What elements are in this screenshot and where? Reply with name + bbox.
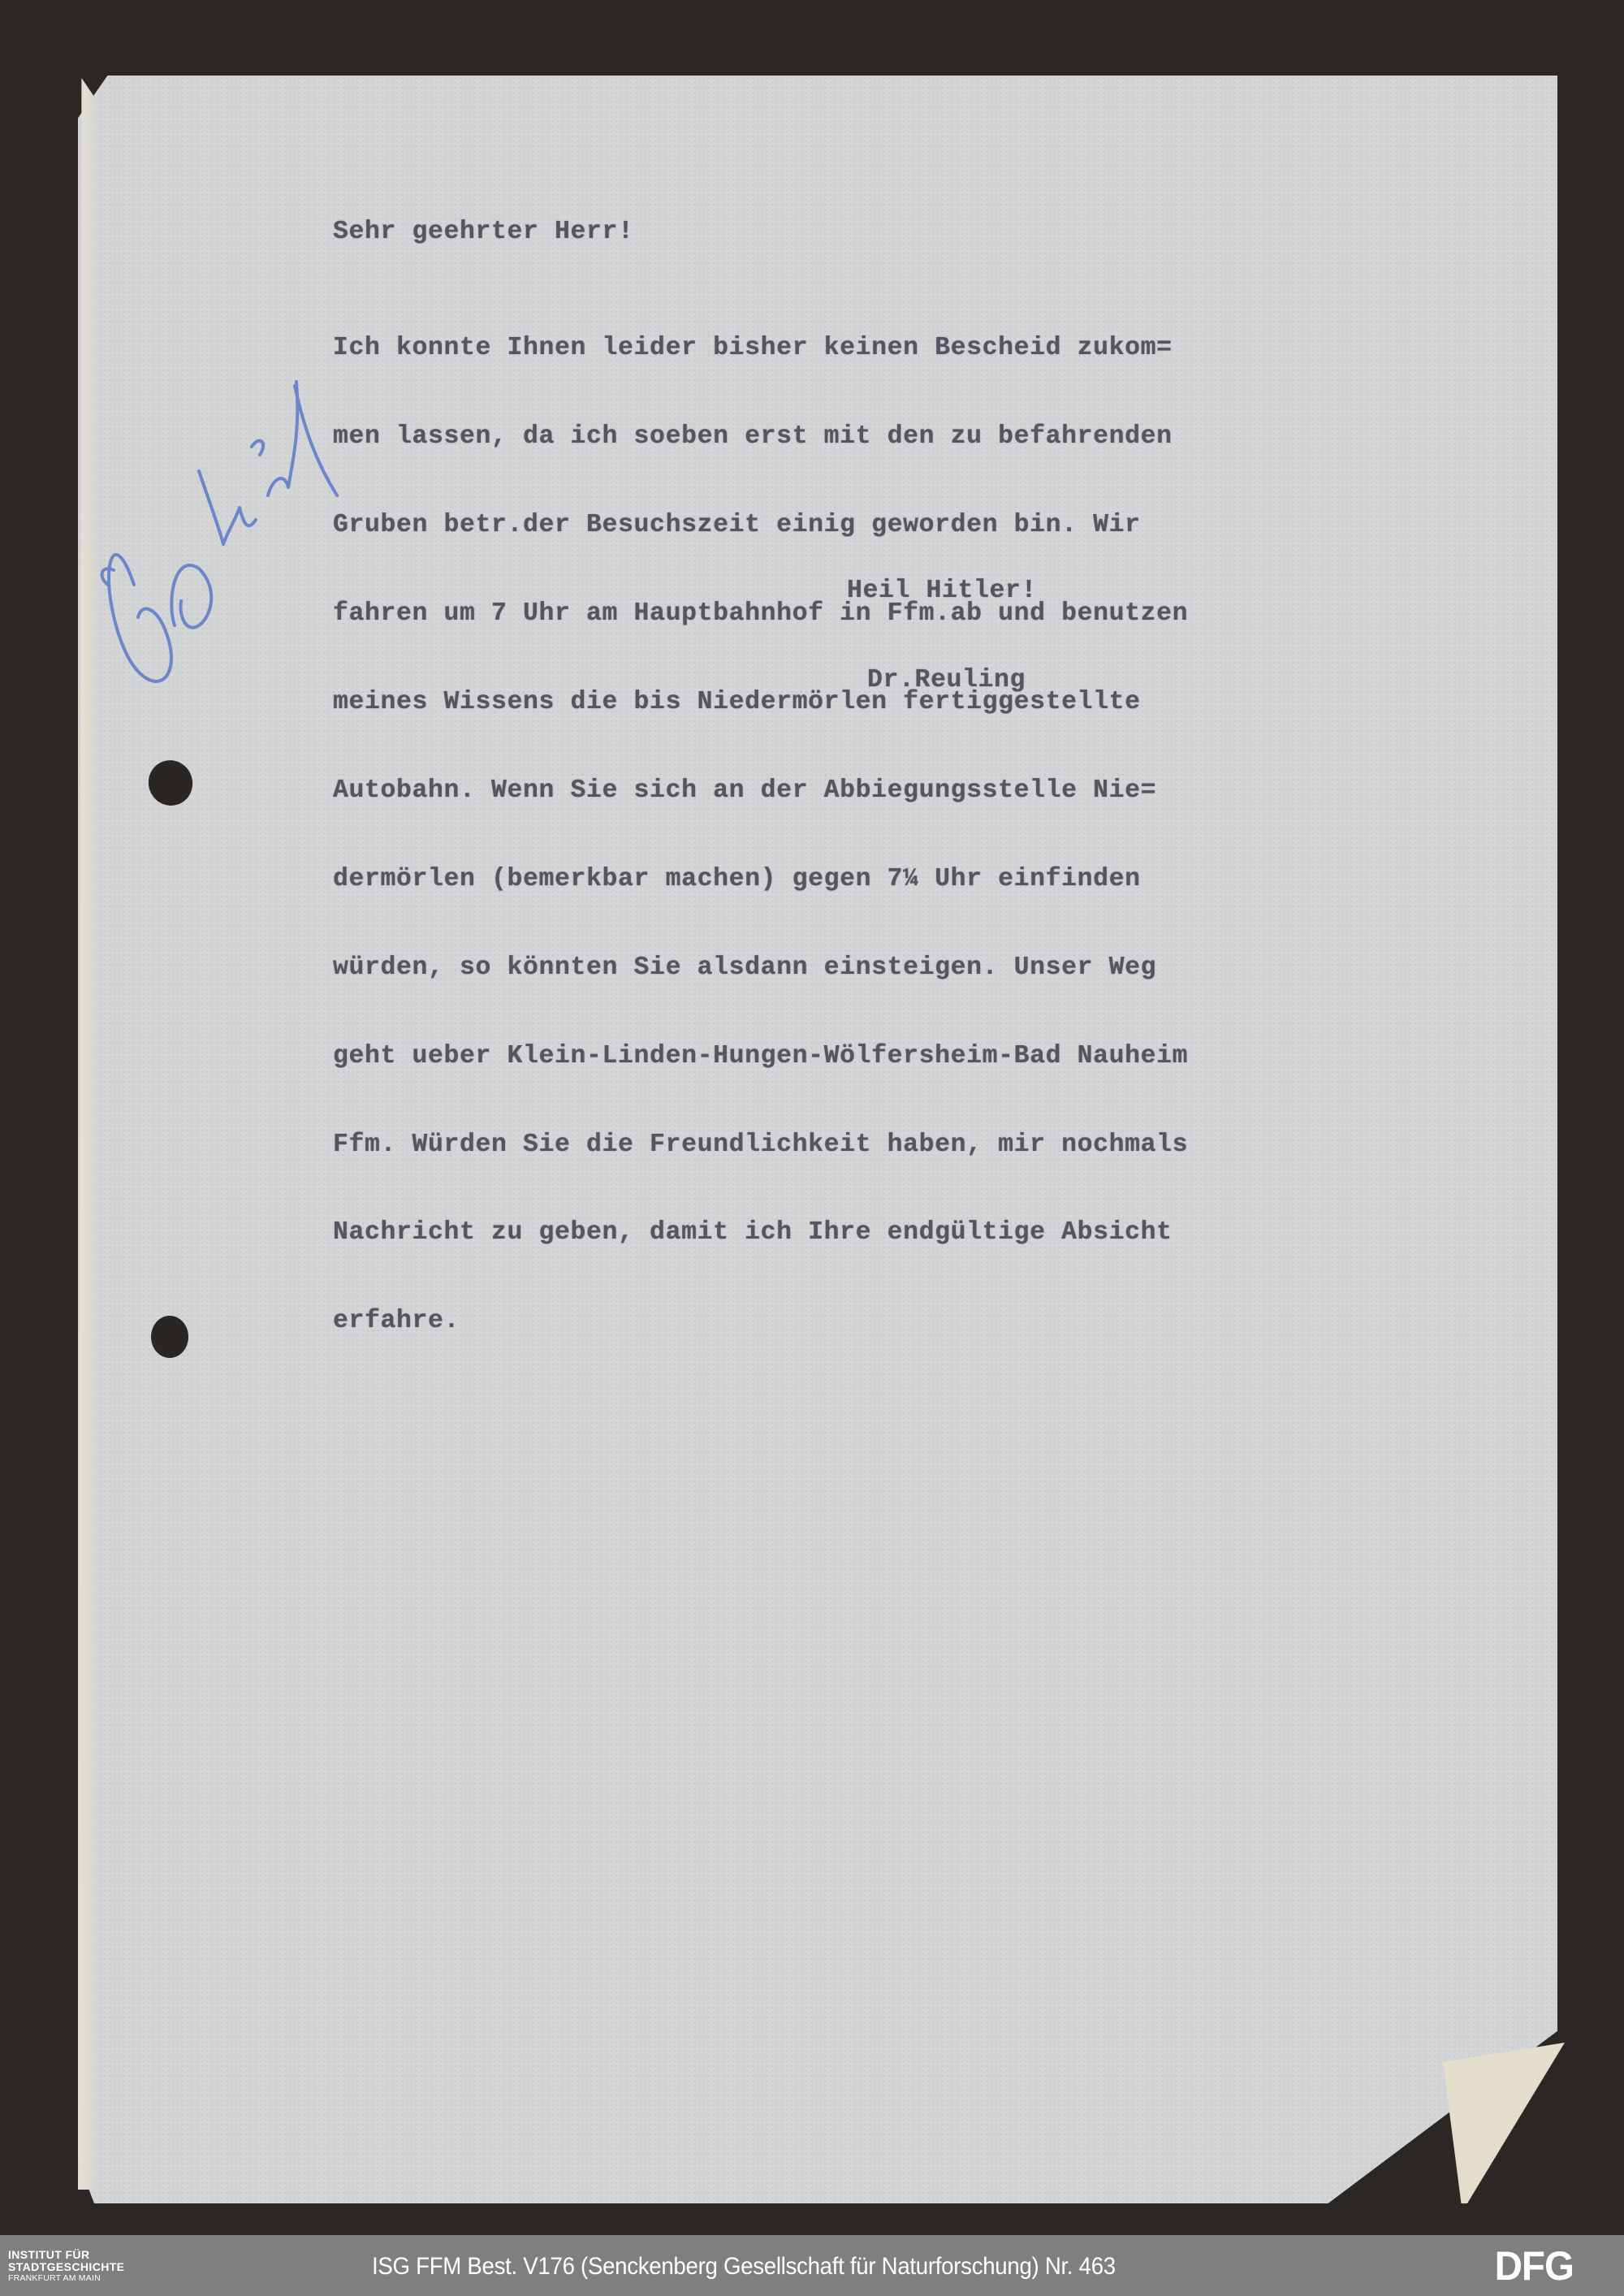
- institute-logo: INSTITUT FÜR STADTGESCHICHTE FRANKFURT A…: [8, 2249, 124, 2283]
- body-line: dermörlen (bemerkbar machen) gegen 7¼ Uh…: [333, 865, 1188, 894]
- body-line: Nachricht zu geben, damit ich Ihre endgü…: [333, 1218, 1188, 1247]
- handwritten-pencil-annotation-icon: [85, 357, 353, 698]
- body-line: geht ueber Klein-Linden-Hungen-Wölfershe…: [333, 1042, 1188, 1071]
- archive-caption: ISG FFM Best. V176 (Senckenberg Gesellsc…: [372, 2253, 1116, 2281]
- institute-name-line1: INSTITUT FÜR: [8, 2249, 124, 2260]
- body-line: men lassen, da ich soeben erst mit den z…: [333, 422, 1188, 452]
- institute-name-line2: STADTGESCHICHTE: [8, 2261, 124, 2272]
- body-line: Gruben betr.der Besuchszeit einig geword…: [333, 511, 1188, 540]
- body-line: würden, so könnten Sie alsdann einsteige…: [333, 953, 1188, 983]
- body-line: Ffm. Würden Sie die Freundlichkeit haben…: [333, 1131, 1188, 1160]
- archive-footer-bar: INSTITUT FÜR STADTGESCHICHTE FRANKFURT A…: [0, 2235, 1624, 2296]
- body-line: meines Wissens die bis Niedermörlen fert…: [333, 688, 1188, 717]
- signature-name: Dr.Reuling: [867, 666, 1026, 694]
- closing-phrase: Heil Hitler!: [847, 577, 1037, 605]
- body-line: erfahre.: [333, 1307, 1188, 1336]
- dfg-logo-icon: DFG: [1495, 2246, 1574, 2286]
- letter-body: Sehr geehrter Herr! Ich konnte Ihnen lei…: [333, 158, 1188, 1366]
- body-line: Ich konnte Ihnen leider bisher keinen Be…: [333, 334, 1188, 363]
- institute-location: FRANKFURT AM MAIN: [8, 2274, 124, 2283]
- salutation: Sehr geehrter Herr!: [333, 218, 1188, 247]
- body-line: fahren um 7 Uhr am Hauptbahnhof in Ffm.a…: [333, 599, 1188, 629]
- body-line: Autobahn. Wenn Sie sich an der Abbiegung…: [333, 776, 1188, 806]
- punch-hole-lower: [151, 1316, 188, 1358]
